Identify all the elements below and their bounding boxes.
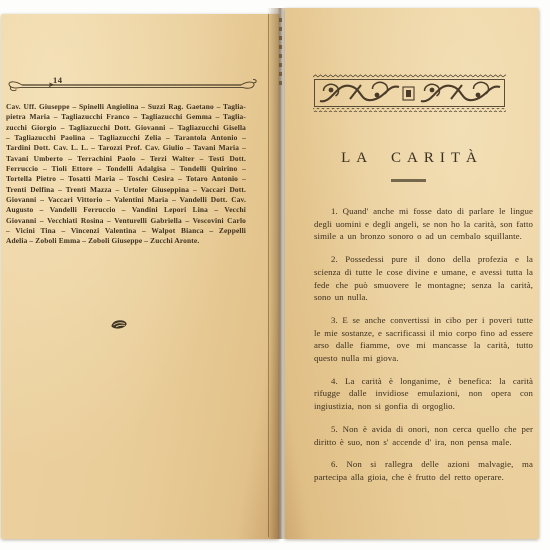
name-list-line: Giovanni – Vecchiati Rosina – Venturelli… (6, 216, 246, 226)
book-scan: 14 Cav. Uff. Giuseppe – Spinelli Angioli… (0, 0, 550, 550)
name-list-line: zucchi Giorgio – Tagliazucchi Dott. Giov… (6, 123, 246, 133)
open-book-spread: 14 Cav. Uff. Giuseppe – Spinelli Angioli… (1, 8, 539, 539)
name-list-line: Augusto – Vandelli Ferruccio – Vandini L… (6, 205, 246, 215)
fleuron-icon (110, 319, 128, 330)
name-list-line: Tavani Umberto – Terrachini Paolo – Terz… (6, 154, 246, 164)
name-list-line: Tortella Pietro – Tosatti Maria – Toschi… (6, 174, 246, 184)
donor-name-list: Cav. Uff. Giuseppe – Spinelli Angiolina … (6, 102, 246, 247)
right-page: LA CARITÀ 1. Quand' anche mi fosse dato … (285, 8, 539, 539)
name-list-line: Adelia – Zoboli Emma – Zoboli Giuseppe –… (6, 236, 246, 246)
name-list-line: – Tagliazucchi Paolina – Tagliazucchi Ze… (6, 133, 246, 143)
paragraph: 4. La carità è longanime, è benefica: la… (314, 375, 533, 413)
paragraph: 6. Non si rallegra delle azioni malvagie… (314, 458, 533, 483)
binding-stitches (279, 18, 282, 88)
paragraph: 1. Quand' anche mi fosse dato di parlare… (314, 205, 533, 243)
art-nouveau-frieze-icon (313, 74, 506, 112)
title-underline-rule (391, 179, 426, 182)
chapter-body: 1. Quand' anche mi fosse dato di parlare… (314, 205, 533, 494)
page-edge-line (268, 14, 269, 537)
paragraph: 3. E se anche convertissi in cibo per i … (314, 314, 533, 365)
name-list-line: Giovanni – Vaccari Vittorio – Valentini … (6, 195, 246, 205)
name-list-line: – Vicini Tina – Vincenzi Valentina – Wal… (6, 226, 246, 236)
chapter-title: LA CARITÀ (298, 150, 526, 167)
paragraph: 2. Possedessi pure il dono della profezi… (314, 253, 533, 304)
name-list-line: Cav. Uff. Giuseppe – Spinelli Angiolina … (6, 102, 246, 112)
page-number: 14 (53, 75, 63, 85)
name-list-line: Trenti Delfina – Trenti Mazza – Urtoler … (6, 185, 246, 195)
left-page: 14 Cav. Uff. Giuseppe – Spinelli Angioli… (1, 14, 279, 539)
name-list-line: Ferruccio – Tioli Ettore – Tondelli Adal… (6, 164, 246, 174)
paragraph: 5. Non è avida di onori, non cerca quell… (314, 423, 533, 448)
name-list-line: pietra Maria – Tagliazucchi Franco – Tag… (6, 112, 246, 122)
flourish-rule-icon (5, 74, 261, 94)
name-list-line: Tardini Dott. Cav. L. L. – Tarozzi Prof.… (6, 143, 246, 153)
